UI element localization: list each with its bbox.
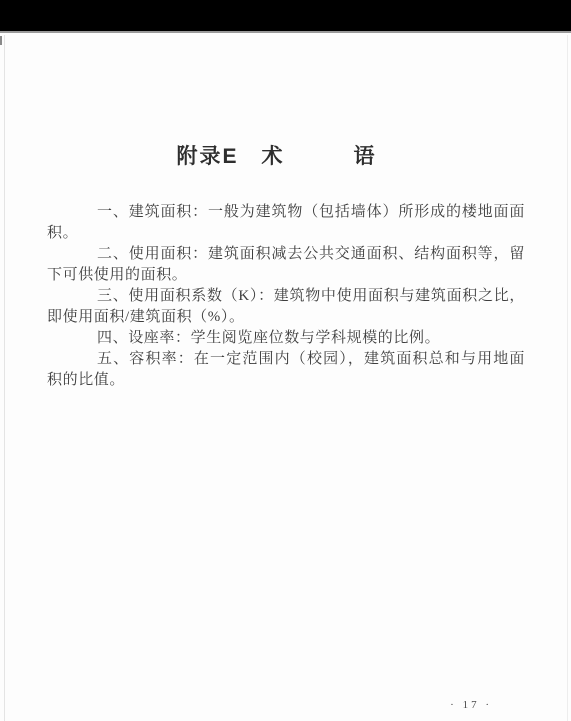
terminology-body: 一、建筑面积：一般为建筑物（包括墙体）所形成的楼地面面积。 二、使用面积：建筑面… <box>47 202 525 391</box>
term-paragraph-seating-rate: 四、设座率：学生阅览座位数与学科规模的比例。 <box>47 328 525 349</box>
term-paragraph-plot-ratio: 五、容积率：在一定范围内（校园），建筑面积总和与用地面积的比值。 <box>47 349 525 391</box>
term-paragraph-usable-area-coefficient: 三、使用面积系数（K）：建筑物中使用面积与建筑面积之比，即使用面积/建筑面积（%… <box>47 286 525 328</box>
left-scan-line <box>4 35 5 721</box>
left-edge-scan-mark <box>0 36 2 45</box>
top-black-bar <box>0 0 571 33</box>
right-scan-line <box>567 35 568 721</box>
scanned-document-page: 附录E 术 语 一、建筑面积：一般为建筑物（包括墙体）所形成的楼地面面积。 二、… <box>0 0 571 721</box>
term-paragraph-building-area: 一、建筑面积：一般为建筑物（包括墙体）所形成的楼地面面积。 <box>47 202 525 244</box>
term-paragraph-usable-area: 二、使用面积：建筑面积减去公共交通面积、结构面积等，留下可供使用的面积。 <box>47 244 525 286</box>
appendix-title: 附录E 术 语 <box>0 140 562 170</box>
page-number: · 17 · <box>450 699 492 711</box>
